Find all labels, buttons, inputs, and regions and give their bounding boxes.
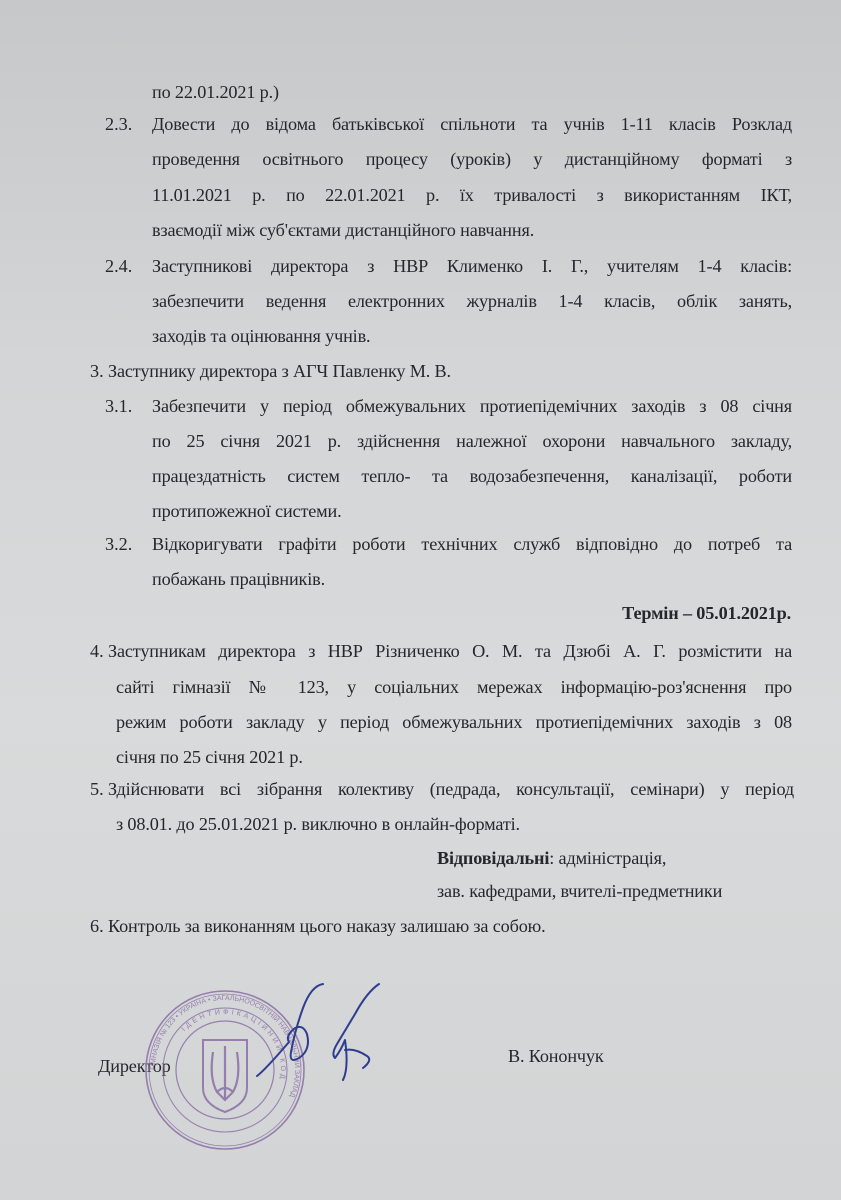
item-3-2-line-2: побажань працівників. [152, 568, 325, 590]
item-3-line-1: Заступнику директора з АГЧ Павленку М. В… [108, 360, 451, 382]
item-2-3-line-1: Довести до відома батьківської спільноти… [152, 113, 792, 135]
responsible-label: Відповідальні [437, 848, 549, 868]
item-3-1-line-4: протипожежної системи. [152, 500, 342, 522]
item-4-line-2: сайті гімназії № 123, у соціальних мереж… [116, 676, 792, 698]
item-4-line-3: режим роботи закладу у період обмежуваль… [116, 711, 792, 733]
item-2-3-line-2: проведення освітнього процесу (уроків) у… [152, 148, 792, 170]
director-name: В. Конончук [508, 1045, 604, 1067]
item-5-line-1: Здійснювати всі зібрання колективу (педр… [108, 778, 794, 800]
item-2-4-line-2: забезпечити ведення електронних журналів… [152, 290, 792, 312]
item-4-line-4: січня по 25 січня 2021 р. [116, 746, 303, 768]
item-5-line-2: з 08.01. до 25.01.2021 р. виключно в онл… [116, 813, 520, 835]
item-4-number: 4. [90, 640, 104, 662]
item-3-1-line-1: Забезпечити у період обмежувальних проти… [152, 395, 792, 417]
responsible-admin: : адміністрація, [549, 848, 666, 868]
item-6-number: 6. [90, 915, 104, 937]
item-3-number: 3. [90, 360, 104, 382]
item-4-line-1: Заступникам директора з НВР Різниченко О… [108, 640, 792, 662]
item-2-4-line-3: заходів та оцінювання учнів. [152, 325, 370, 347]
item-5-number: 5. [90, 778, 104, 800]
item-3-1-line-2: по 25 січня 2021 р. здійснення належної … [152, 430, 792, 452]
document-page: по 22.01.2021 р.) 2.3. Довести до відома… [0, 0, 841, 1200]
item-3-1-line-3: працездатність систем тепло- та водозабе… [152, 465, 792, 487]
continuation-line: по 22.01.2021 р.) [152, 81, 279, 103]
item-2-3-line-3: 11.01.2021 р. по 22.01.2021 р. їх тривал… [152, 184, 792, 206]
item-2-3-number: 2.3. [105, 113, 132, 135]
responsible-line-2: зав. кафедрами, вчителі-предметники [437, 880, 722, 902]
item-6-line-1: Контроль за виконанням цього наказу зали… [108, 915, 546, 937]
item-2-4-line-1: Заступникові директора з НВР Клименко І.… [152, 255, 792, 277]
item-2-4-number: 2.4. [105, 255, 132, 277]
item-3-2-number: 3.2. [105, 533, 132, 555]
item-3-2-line-1: Відкоригувати графіти роботи технічних с… [152, 533, 792, 555]
deadline-text: Термін – 05.01.2021р. [622, 602, 791, 624]
item-2-3-line-4: взаємодії між суб'єктами дистанційного н… [152, 219, 534, 241]
responsible-line-1: Відповідальні: адміністрація, [437, 847, 666, 869]
item-3-1-number: 3.1. [105, 395, 132, 417]
signature-icon [255, 978, 385, 1088]
